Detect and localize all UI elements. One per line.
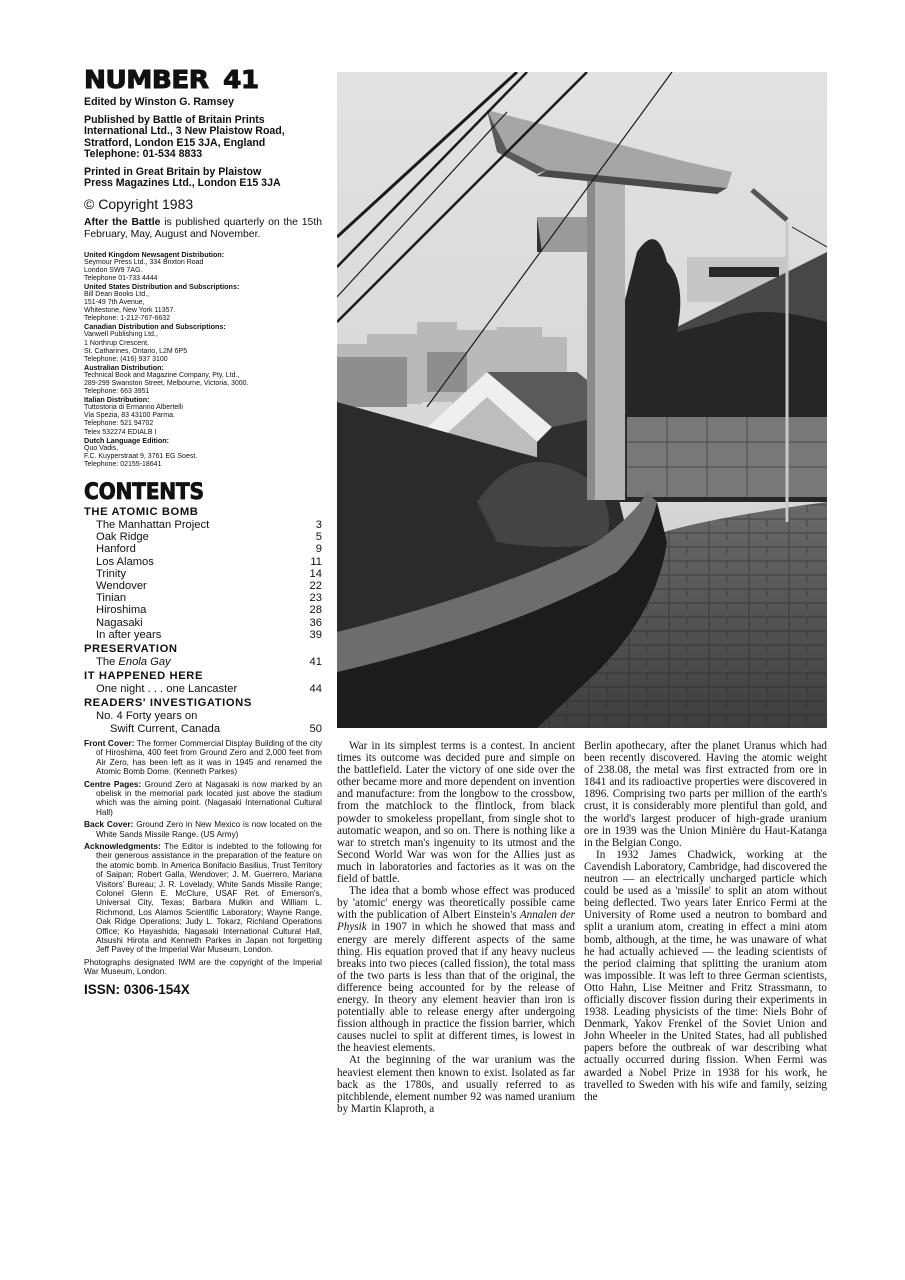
toc-section-title: READERS' INVESTIGATIONS xyxy=(84,697,322,710)
toc-section-title: PRESERVATION xyxy=(84,643,322,656)
distributor-line: F.C. Kuyperstraat 9, 3761 EG Soest. xyxy=(84,453,322,461)
photo-copyright-note: Photographs designated IWM are the copyr… xyxy=(84,958,322,977)
toc-item-label: Hiroshima xyxy=(96,604,146,616)
distributor-heading: Italian Distribution: xyxy=(84,396,322,404)
toc-item[interactable]: No. 4 Forty years on xyxy=(84,710,322,722)
contents-heading: CONTENTS xyxy=(84,481,303,505)
distributor-line: Bill Dean Books Ltd., xyxy=(84,291,322,299)
toc-item[interactable]: Oak Ridge5 xyxy=(84,531,322,543)
toc-item-page: 50 xyxy=(310,723,322,735)
masthead-column: NUMBER41 Edited by Winston G. Ramsey Pub… xyxy=(84,66,322,998)
toc-item-label: Los Alamos xyxy=(96,556,154,568)
distributor-line: St. Catharines, Ontario, L2M 6P5 xyxy=(84,348,322,356)
editor-credit: Edited by Winston G. Ramsey xyxy=(84,97,322,109)
toc-item[interactable]: Wendover22 xyxy=(84,580,322,592)
caption-back-cover: Back Cover: Ground Zero in New Mexico is… xyxy=(84,820,322,839)
toc-item-label: Swift Current, Canada xyxy=(96,723,220,735)
toc-section-title: IT HAPPENED HERE xyxy=(84,670,322,683)
article-paragraph: War in its simplest terms is a contest. … xyxy=(337,740,575,885)
toc-item-label-italic: Enola Gay xyxy=(118,656,170,668)
captions-block: Front Cover: The former Commercial Displ… xyxy=(84,739,322,977)
toc-item[interactable]: Tinian23 xyxy=(84,592,322,604)
toc-item-label: The Manhattan Project xyxy=(96,519,209,531)
distributor-line: Technical Book and Magazine Company, Pty… xyxy=(84,372,322,380)
distributor-heading: Australian Distribution: xyxy=(84,364,322,372)
toc-item[interactable]: Hiroshima28 xyxy=(84,604,322,616)
distributor-canada: Canadian Distribution and Subscriptions:… xyxy=(84,323,322,363)
caption-label: Acknowledgments: xyxy=(84,841,161,851)
distributor-line: Whitestone, New York 11357. xyxy=(84,307,322,315)
toc-item[interactable]: In after years39 xyxy=(84,629,322,641)
toc-item-label: One night . . . one Lancaster xyxy=(96,683,237,695)
distributor-heading: Canadian Distribution and Subscriptions: xyxy=(84,323,322,331)
publication-schedule: After the Battle is published quarterly … xyxy=(84,217,322,241)
photo-illustration xyxy=(337,72,827,728)
printer-info: Printed in Great Britain by Plaistow Pre… xyxy=(84,167,322,190)
toc-item-label: The Enola Gay xyxy=(96,656,171,668)
toc-item-label-prefix: The xyxy=(96,656,118,668)
caption-text: The Editor is indebted to the following … xyxy=(96,842,322,954)
distributor-heading: Dutch Language Edition: xyxy=(84,437,322,445)
article-column-2: Berlin apothecary, after the planet Uran… xyxy=(584,740,827,1103)
toc-item-page: 44 xyxy=(310,683,322,695)
toc-item-page: 14 xyxy=(310,568,322,580)
toc-item[interactable]: Los Alamos11 xyxy=(84,556,322,568)
distributor-line: Via Spezia, 83 43100 Parma. xyxy=(84,412,322,420)
distributor-netherlands: Dutch Language Edition: Quo Vadis, F.C. … xyxy=(84,437,322,469)
article-paragraph: Berlin apothecary, after the planet Uran… xyxy=(584,740,827,849)
distributor-line: Tuttostoria di Ermanno Albertelli xyxy=(84,404,322,412)
distributor-line: 151-49 7th Avenue, xyxy=(84,299,322,307)
issue-number: NUMBER41 xyxy=(84,66,334,94)
toc-item-label: Trinity xyxy=(96,568,126,580)
toc-item[interactable]: The Enola Gay41 xyxy=(84,656,322,668)
toc-item[interactable]: One night . . . one Lancaster44 xyxy=(84,683,322,695)
toc-section-readers-investigations: READERS' INVESTIGATIONS No. 4 Forty year… xyxy=(84,697,322,734)
toc-item-label: Nagasaki xyxy=(96,617,143,629)
toc-item-label: Tinian xyxy=(96,592,126,604)
distributor-line: Telephone: 521 94702 xyxy=(84,420,322,428)
caption-front-cover: Front Cover: The former Commercial Displ… xyxy=(84,739,322,777)
caption-centre-pages: Centre Pages: Ground Zero at Nagasaki is… xyxy=(84,780,322,818)
distribution-list: United Kingdom Newsagent Distribution: S… xyxy=(84,251,322,470)
toc-item[interactable]: The Manhattan Project3 xyxy=(84,519,322,531)
issn: ISSN: 0306-154X xyxy=(84,982,322,998)
distributor-line: Vanwell Publishing Ltd., xyxy=(84,331,322,339)
toc-item-label: Wendover xyxy=(96,580,147,592)
caption-label: Front Cover: xyxy=(84,738,134,748)
acknowledgments: Acknowledgments: The Editor is indebted … xyxy=(84,842,322,955)
torii-gate-photo xyxy=(337,72,827,728)
toc-section-atomic-bomb: THE ATOMIC BOMB The Manhattan Project3 O… xyxy=(84,506,322,641)
article-paragraph: In 1932 James Chadwick, working at the C… xyxy=(584,849,827,1103)
toc-item-page: 11 xyxy=(310,556,322,568)
toc-item-label: No. 4 Forty years on xyxy=(96,710,197,722)
toc-item-label: In after years xyxy=(96,629,161,641)
caption-label: Back Cover: xyxy=(84,819,133,829)
caption-label: Centre Pages: xyxy=(84,779,141,789)
distributor-heading: United Kingdom Newsagent Distribution: xyxy=(84,251,322,259)
publisher-phone: Telephone: 01-534 8833 xyxy=(84,149,322,161)
distributor-uk: United Kingdom Newsagent Distribution: S… xyxy=(84,251,322,283)
article-paragraph: The idea that a bomb whose effect was pr… xyxy=(337,885,575,1054)
publisher-line: International Ltd., 3 New Plaistow Road, xyxy=(84,126,322,138)
distributor-italy: Italian Distribution: Tuttostoria di Erm… xyxy=(84,396,322,436)
distributor-line: Quo Vadis, xyxy=(84,445,322,453)
toc-item[interactable]: Trinity14 xyxy=(84,568,322,580)
distributor-line: 289-299 Swanston Street, Melbourne, Vict… xyxy=(84,380,322,388)
toc-item-page: 22 xyxy=(310,580,322,592)
issue-number-value: 41 xyxy=(223,65,258,94)
distributor-line: Seymour Press Ltd., 334 Brixton Road xyxy=(84,259,322,267)
magazine-title: After the Battle xyxy=(84,217,160,228)
distributor-heading: United States Distribution and Subscript… xyxy=(84,283,322,291)
toc-item-page: 39 xyxy=(310,629,322,641)
toc-item-label: Hanford xyxy=(96,543,136,555)
copyright-notice: © Copyright 1983 xyxy=(84,196,322,212)
toc-item-continued[interactable]: Swift Current, Canada50 xyxy=(84,723,322,735)
toc-item-page: 28 xyxy=(310,604,322,616)
toc-section-preservation: PRESERVATION The Enola Gay41 xyxy=(84,643,322,668)
distributor-australia: Australian Distribution: Technical Book … xyxy=(84,364,322,396)
article-text: in 1907 in which he showed that mass and… xyxy=(337,921,575,1054)
publisher-info: Published by Battle of Britain Prints In… xyxy=(84,115,322,161)
toc-item-page: 36 xyxy=(310,617,322,629)
distributor-us: United States Distribution and Subscript… xyxy=(84,283,322,323)
toc-item[interactable]: Hanford9 xyxy=(84,543,322,555)
article-paragraph: At the beginning of the war uranium was … xyxy=(337,1054,575,1114)
toc-section-it-happened-here: IT HAPPENED HERE One night . . . one Lan… xyxy=(84,670,322,695)
toc-item-page: 3 xyxy=(316,519,322,531)
toc-item-page: 41 xyxy=(310,656,322,668)
printer-line: Press Magazines Ltd., London E15 3JA xyxy=(84,178,322,190)
toc-item-page: 23 xyxy=(310,592,322,604)
toc-item-label: Oak Ridge xyxy=(96,531,149,543)
toc-item[interactable]: Nagasaki36 xyxy=(84,617,322,629)
toc-item-page: 5 xyxy=(316,531,322,543)
toc-item-page: 9 xyxy=(316,543,322,555)
distributor-line: 1 Northrup Crescent, xyxy=(84,340,322,348)
issue-label: NUMBER xyxy=(84,65,208,94)
toc-section-title: THE ATOMIC BOMB xyxy=(84,506,322,519)
distributor-line: Telephone: 02155-18641 xyxy=(84,461,322,469)
distributor-line: London SW9 7AG. xyxy=(84,267,322,275)
article-column-1: War in its simplest terms is a contest. … xyxy=(337,740,575,1115)
